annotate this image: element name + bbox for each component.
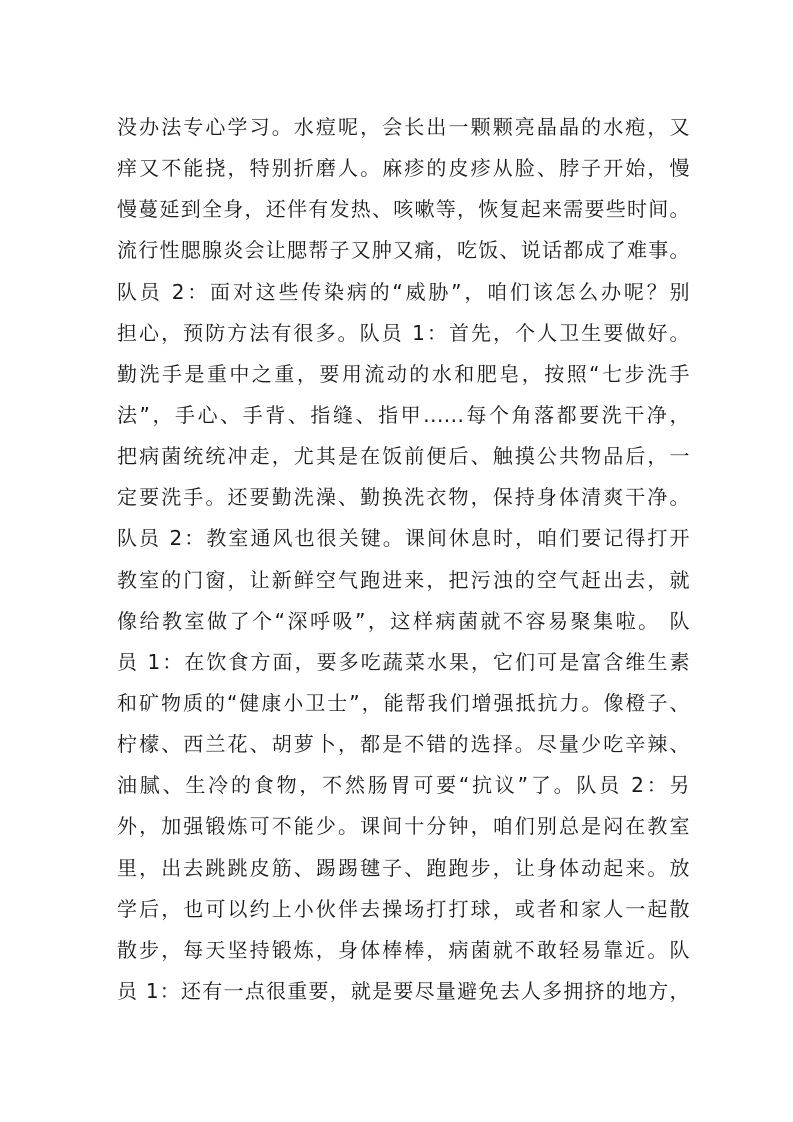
text-line: 法”，手心、手背、指缝、指甲......每个角落都要洗干净， xyxy=(117,395,690,436)
text-line: 教室的门窗，让新鲜空气跑进来，把污浊的空气赶出去，就 xyxy=(117,560,690,601)
text-line: 慢蔓延到全身，还伴有发热、咳嗽等，恢复起来需要些时间。 xyxy=(117,189,690,230)
text-line: 定要洗手。还要勤洗澡、勤换洗衣物，保持身体清爽干净。 xyxy=(117,477,690,518)
text-line: 外，加强锻炼可不能少。课间十分钟，咱们别总是闷在教室 xyxy=(117,806,690,847)
text-line: 流行性腮腺炎会让腮帮子又肿又痛，吃饭、说话都成了难事。 xyxy=(117,230,690,271)
text-line: 柠檬、西兰花、胡萝卜，都是不错的选择。尽量少吃辛辣、 xyxy=(117,724,690,765)
text-line: 散步，每天坚持锻炼，身体棒棒，病菌就不敢轻易靠近。队 xyxy=(117,930,690,971)
text-line: 队员 2：教室通风也很关键。课间休息时，咱们要记得打开 xyxy=(117,518,690,559)
text-line: 把病菌统统冲走，尤其是在饭前便后、触摸公共物品后，一 xyxy=(117,436,690,477)
text-line: 和矿物质的“健康小卫士”，能帮我们增强抵抗力。像橙子、 xyxy=(117,683,690,724)
text-line: 学后，也可以约上小伙伴去操场打打球，或者和家人一起散 xyxy=(117,889,690,930)
text-line: 像给教室做了个“深呼吸”，这样病菌就不容易聚集啦。 队 xyxy=(117,601,690,642)
text-line: 没办法专心学习。水痘呢，会长出一颗颗亮晶晶的水疱，又 xyxy=(117,107,690,148)
text-line: 队员 2：面对这些传染病的“威胁”，咱们该怎么办呢？别 xyxy=(117,272,690,313)
document-text-block: 没办法专心学习。水痘呢，会长出一颗颗亮晶晶的水疱，又 痒又不能挠，特别折磨人。麻… xyxy=(117,107,690,1012)
text-line: 员 1：在饮食方面，要多吃蔬菜水果，它们可是富含维生素 xyxy=(117,642,690,683)
text-line: 员 1：还有一点很重要，就是要尽量避免去人多拥挤的地方， xyxy=(117,971,690,1012)
text-line: 里，出去跳跳皮筋、踢踢毽子、跑跑步，让身体动起来。放 xyxy=(117,848,690,889)
text-line: 油腻、生冷的食物，不然肠胃可要“抗议”了。队员 2：另 xyxy=(117,765,690,806)
text-line: 痒又不能挠，特别折磨人。麻疹的皮疹从脸、脖子开始，慢 xyxy=(117,148,690,189)
text-line: 勤洗手是重中之重，要用流动的水和肥皂，按照“七步洗手 xyxy=(117,354,690,395)
document-page: 没办法专心学习。水痘呢，会长出一颗颗亮晶晶的水疱，又 痒又不能挠，特别折磨人。麻… xyxy=(0,0,793,1122)
text-line: 担心，预防方法有很多。队员 1：首先，个人卫生要做好。 xyxy=(117,313,690,354)
